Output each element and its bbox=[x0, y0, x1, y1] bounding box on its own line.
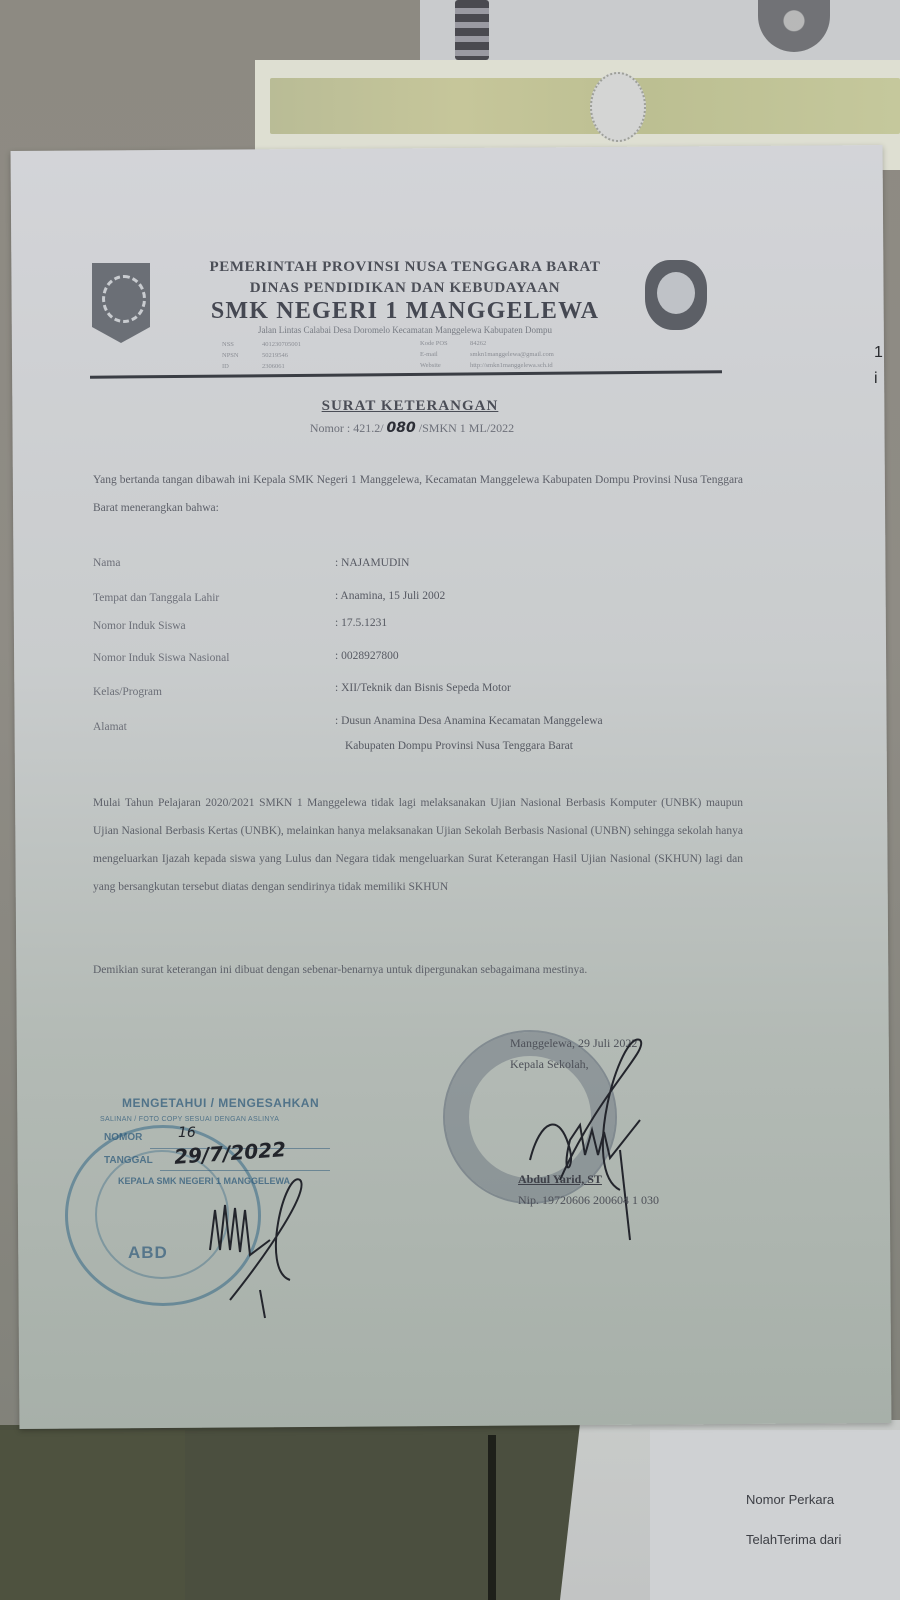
field-label-nisn: Nomor Induk Siswa Nasional bbox=[93, 652, 229, 664]
document-number: Nomor : 421.2/ 080 /SMKN 1 ML/2022 bbox=[272, 420, 552, 436]
legalization-name-partial: ABD bbox=[128, 1243, 168, 1263]
signature-name: Abdul Yarid, ST bbox=[518, 1172, 602, 1187]
document-title: SURAT KETERANGAN bbox=[310, 398, 510, 415]
meta-value: 50219546 bbox=[262, 352, 288, 359]
tut-wuri-handayani-emblem-icon bbox=[645, 260, 707, 330]
document-content: 1 i PEMERINTAH PROVINSI NUSA TENGGARA BA… bbox=[0, 0, 900, 1600]
meta-label: Kode POS bbox=[420, 340, 448, 347]
meta-label: NPSN bbox=[222, 352, 239, 359]
letterhead-department: DINAS PENDIDIKAN DAN KEBUDAYAAN bbox=[180, 280, 630, 297]
field-value-nisn: : 0028927800 bbox=[335, 650, 399, 662]
legalization-number-handwritten: 16 bbox=[178, 1125, 196, 1141]
closing-paragraph: Demikian surat keterangan ini dibuat den… bbox=[93, 956, 743, 984]
meta-value: 2306061 bbox=[262, 363, 285, 370]
meta-label: NSS bbox=[222, 341, 234, 348]
meta-value: 401230705001 bbox=[262, 341, 301, 348]
field-label-kelas: Kelas/Program bbox=[93, 686, 162, 698]
principal-signature-icon bbox=[500, 1030, 660, 1250]
field-value-ttl: : Anamina, 15 Juli 2002 bbox=[335, 590, 445, 602]
number-suffix: /SMKN 1 ML/2022 bbox=[419, 421, 514, 435]
field-label-nis: Nomor Induk Siswa bbox=[93, 620, 186, 632]
legalization-tanggal-label: TANGGAL bbox=[104, 1155, 153, 1166]
meta-label: E-mail bbox=[420, 351, 438, 358]
number-handwritten: 080 bbox=[387, 420, 416, 436]
field-value-nama: : NAJAMUDIN bbox=[335, 557, 409, 569]
edge-text: 1 bbox=[874, 344, 883, 362]
letterhead-government: PEMERINTAH PROVINSI NUSA TENGGARA BARAT bbox=[180, 259, 630, 276]
body-paragraph: Mulai Tahun Pelajaran 2020/2021 SMKN 1 M… bbox=[93, 789, 743, 901]
number-prefix: Nomor : 421.2/ bbox=[310, 421, 384, 435]
letterhead-school-name: SMK NEGERI 1 MANGGELEWA bbox=[180, 298, 630, 325]
meta-label: ID bbox=[222, 363, 229, 370]
field-value-nis: : 17.5.1231 bbox=[335, 617, 387, 629]
legalization-subheading: SALINAN / FOTO COPY SESUAI DENGAN ASLINY… bbox=[100, 1116, 279, 1123]
legalization-heading: MENGETAHUI / MENGESAHKAN bbox=[122, 1096, 319, 1110]
field-value-kelas: : XII/Teknik dan Bisnis Sepeda Motor bbox=[335, 682, 511, 694]
meta-label: Website bbox=[420, 362, 441, 369]
legalization-signature-icon bbox=[190, 1160, 330, 1320]
edge-text: i bbox=[874, 370, 878, 388]
letterhead-address: Jalan Lintas Calabai Desa Doromelo Kecam… bbox=[180, 325, 630, 335]
field-label-nama: Nama bbox=[93, 557, 120, 569]
meta-value: 84262 bbox=[470, 340, 486, 347]
meta-value: http://smkn1manggelewa.sch.id bbox=[470, 362, 553, 369]
meta-value: smkn1manggelewa@gmail.com bbox=[470, 351, 554, 358]
field-label-ttl: Tempat dan Tanggala Lahir bbox=[93, 592, 219, 604]
field-value-alamat: : Dusun Anamina Desa Anamina Kecamatan M… bbox=[335, 715, 603, 727]
legalization-nomor-label: NOMOR bbox=[104, 1132, 142, 1143]
intro-paragraph: Yang bertanda tangan dibawah ini Kepala … bbox=[93, 466, 743, 522]
field-label-alamat: Alamat bbox=[93, 721, 127, 733]
letterhead-divider bbox=[90, 370, 722, 379]
province-emblem-icon bbox=[92, 263, 150, 343]
field-value-alamat-line2: Kabupaten Dompu Provinsi Nusa Tenggara B… bbox=[345, 740, 573, 752]
signature-nip: Nip. 19720606 200604 1 030 bbox=[518, 1193, 659, 1208]
